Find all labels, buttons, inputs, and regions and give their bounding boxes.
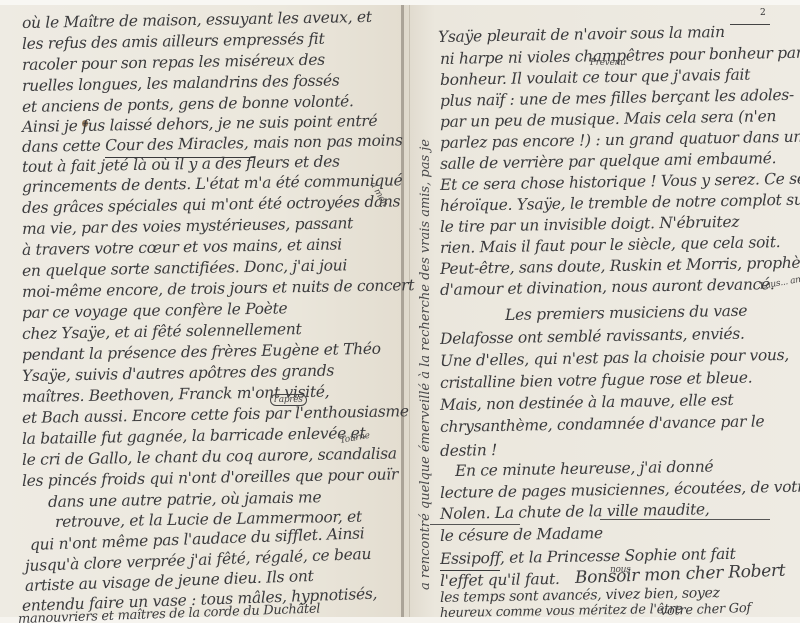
text-line: le césure de Madame <box>440 524 603 545</box>
top-edge <box>0 0 800 5</box>
signature: votre cher Gof <box>660 601 751 619</box>
text-line: l'effet qu'il faut. <box>440 570 560 590</box>
page-fold <box>401 0 404 623</box>
interlinear-note: Prévenu <box>590 58 626 68</box>
page-number: 2 <box>760 8 766 18</box>
circled-word: l'après <box>270 394 307 406</box>
divider-line <box>600 519 770 520</box>
page-number-dash <box>730 24 770 25</box>
vertical-margin-note: a rencontré quelque émerveillé à la rech… <box>418 139 433 590</box>
interlinear-note: nous <box>610 565 630 575</box>
text-line: destin ! <box>440 441 497 460</box>
page-fold-shadow <box>409 0 410 623</box>
